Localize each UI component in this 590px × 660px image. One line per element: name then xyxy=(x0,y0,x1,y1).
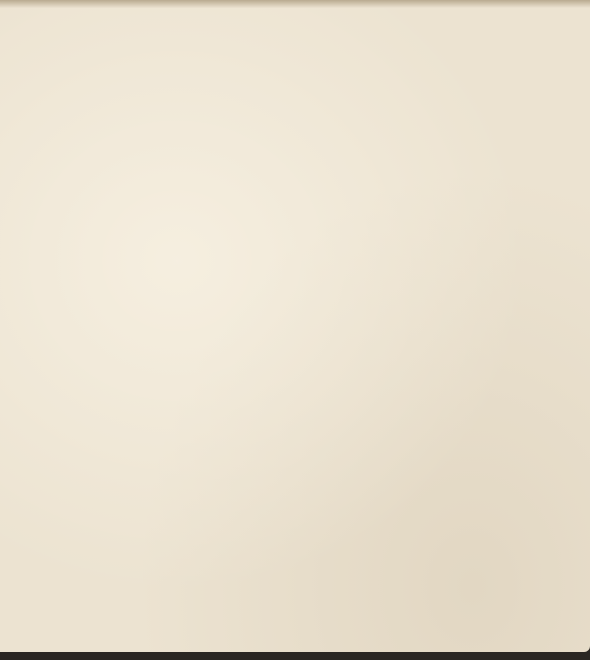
logbook-grid xyxy=(0,0,590,660)
